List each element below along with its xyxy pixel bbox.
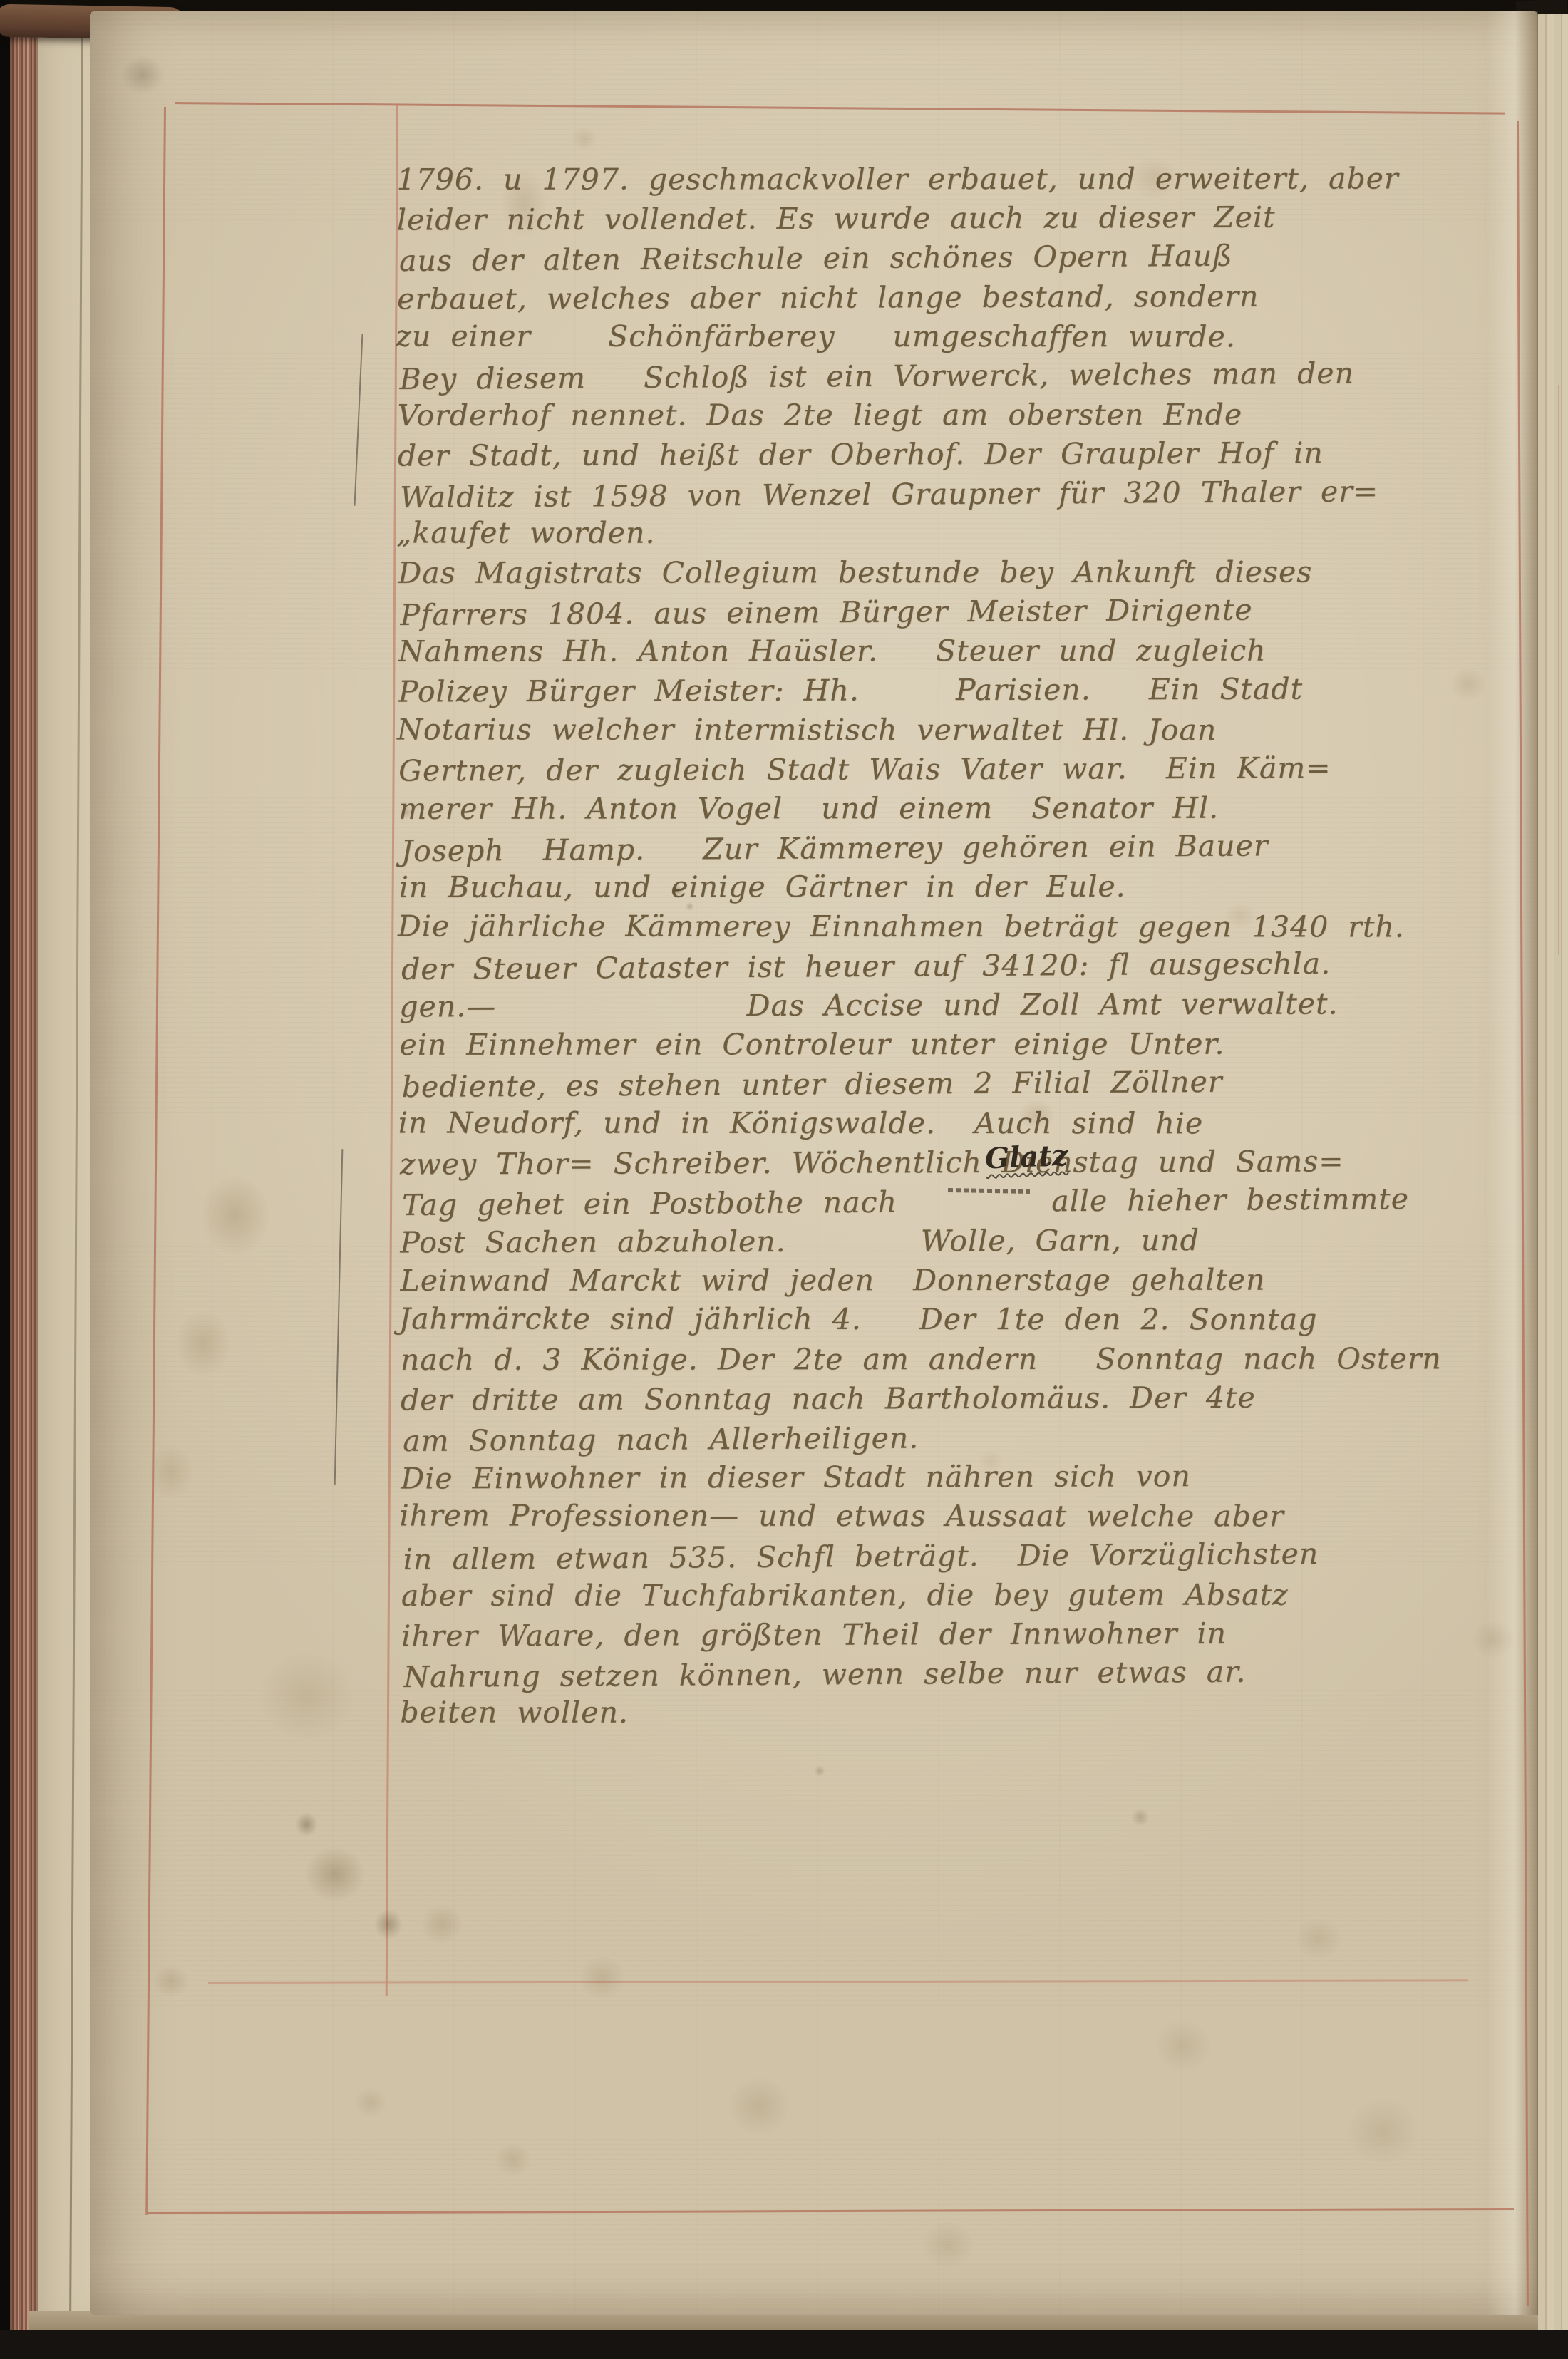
manuscript-line: Bey diesem Schloß ist ein Vorwerck, welc… (399, 353, 1539, 399)
manuscript-line: ihrer Waare, den größten Theil der Innwo… (401, 1613, 1542, 1656)
manuscript-line: beiten wollen. (400, 1693, 1540, 1733)
manuscript-line: bediente, es stehen unter diesem 2 Filia… (401, 1060, 1542, 1107)
manuscript-line: ihrem Professionen— und etwas Aussaat we… (399, 1497, 1539, 1537)
manuscript-line: Post Sachen abzuholen. Wolle, Garn, und (400, 1220, 1540, 1263)
manuscript-line: Das Magistrats Collegium bestunde bey An… (398, 552, 1538, 593)
manuscript-line: Notarius welcher intermistisch verwaltet… (397, 710, 1537, 750)
interlinear-insertion-glatz: Glatz (984, 1138, 1068, 1175)
manuscript-line: der Steuer Cataster ist heuer auf 34120:… (401, 943, 1542, 989)
manuscript-line: aber sind die Tuchfabrikanten, die bey g… (401, 1575, 1542, 1616)
book-cover-top-edge (0, 0, 1568, 11)
manuscript-line: zu einer Schönfärberey umgeschaffen wurd… (396, 316, 1536, 356)
manuscript-line: der Stadt, und heißt der Oberhof. Der Gr… (398, 433, 1538, 476)
page-stack-fore-edges (10, 21, 38, 2359)
ruled-line-next-page-edge (1558, 385, 1559, 955)
manuscript-line: Vorderhof nennet. Das 2te liegt am obers… (398, 395, 1538, 435)
manuscript-line: merer Hh. Anton Vogel und einem Senator … (398, 788, 1539, 829)
manuscript-line: aus der alten Reitschule ein schönes Ope… (399, 234, 1539, 281)
manuscript-line: ein Einnehmer ein Controleur unter einig… (399, 1024, 1539, 1065)
manuscript-line: erbauet, welches aber nicht lange bestan… (397, 276, 1537, 319)
manuscript-line: in Buchau, und einige Gärtner in der Eul… (399, 867, 1539, 908)
manuscript-line: nach d. 3 Könige. Der 2te am andern Sonn… (401, 1339, 1541, 1380)
manuscript-line: Nahrung setzen können, wenn selbe nur et… (403, 1651, 1544, 1697)
next-page-edge-strip (1538, 14, 1568, 2330)
manuscript-line: Jahrmärckte sind jährlich 4. Der 1te den… (399, 1300, 1539, 1340)
manuscript-line: 1796. u 1797. geschmackvoller erbauet, u… (397, 159, 1537, 200)
manuscript-line: Die Einwohner in dieser Stadt nähren sic… (401, 1456, 1541, 1499)
book-spine-edge (0, 0, 10, 2359)
manuscript-line: zwey Thor= Schreiber. Wöchentlich Dienst… (400, 1141, 1540, 1184)
manuscript-line: Walditz ist 1598 von Wenzel Graupner für… (400, 470, 1540, 517)
manuscript-line: Polizey Bürger Meister: Hh. Parisien. Ei… (398, 669, 1539, 712)
handwritten-text-block: 1796. u 1797. geschmackvoller erbauet, u… (397, 158, 1542, 1735)
manuscript-line: Die jährliche Kämmerey Einnahmen beträgt… (398, 907, 1538, 946)
manuscript-line: Leinwand Marckt wird jeden Donnerstage g… (400, 1260, 1540, 1301)
manuscript-book-photo: 1796. u 1797. geschmackvoller erbauet, u… (0, 0, 1568, 2359)
manuscript-line: Pfarrers 1804. aus einem Bürger Meister … (400, 589, 1540, 635)
manuscript-line: „kaufet worden. (396, 513, 1537, 553)
manuscript-line: am Sonntag nach Allerheiligen. (403, 1415, 1543, 1461)
manuscript-line: in allem etwan 535. Schfl beträgt. Die V… (403, 1533, 1544, 1579)
book-cover-bottom-edge (0, 2330, 1568, 2359)
manuscript-line: gen.— Das Accise und Zoll Amt verwaltet. (399, 984, 1539, 1026)
manuscript-line: Tag gehet ein Postbothe nach alle hieher… (402, 1179, 1542, 1225)
manuscript-line: der dritte am Sonntag nach Bartholomäus.… (401, 1377, 1541, 1420)
manuscript-line: in Neudorf, und in Königswalde. Auch sin… (398, 1103, 1539, 1143)
manuscript-line: Nahmens Hh. Anton Haüsler. Steuer und zu… (398, 631, 1539, 671)
manuscript-line: Joseph Hamp. Zur Kämmerey gehören ein Ba… (401, 825, 1541, 871)
manuscript-line: leider nicht vollendet. Es wurde auch zu… (397, 197, 1537, 240)
manuscript-line: Gertner, der zugleich Stadt Wais Vater w… (398, 748, 1539, 790)
